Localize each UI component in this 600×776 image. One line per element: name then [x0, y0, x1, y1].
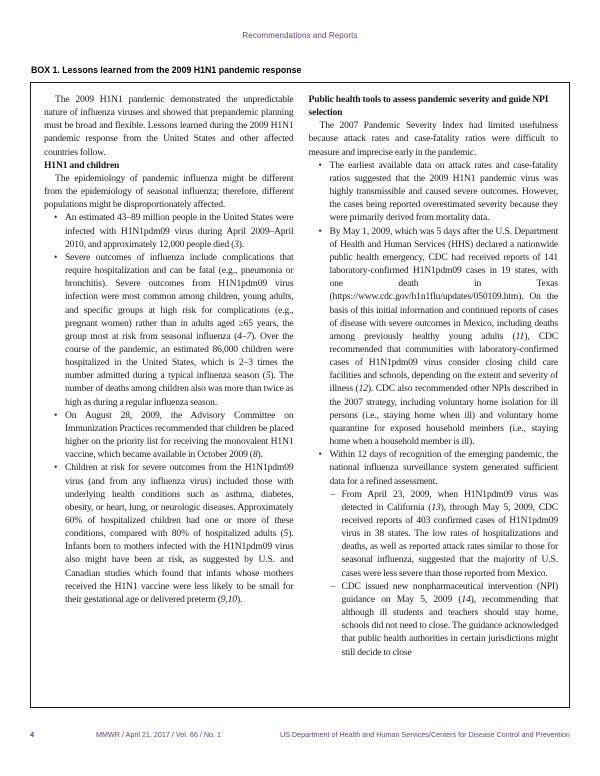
intro-paragraph: The 2009 H1N1 pandemic demonstrated the … [44, 93, 294, 159]
sub-bullet-item: –CDC issued new nonpharmaceutical interv… [309, 580, 559, 659]
bullet-item: •Severe outcomes of influenza include co… [44, 251, 294, 409]
bullet-item: •The earliest available data on attack r… [309, 159, 559, 225]
bullet-item: •By May 1, 2009, which was 5 days after … [309, 225, 559, 449]
left-column: The 2009 H1N1 pandemic demonstrated the … [44, 93, 294, 699]
bullet-marker: • [319, 159, 322, 172]
bullet-marker: • [54, 461, 57, 474]
bullet-text: Within 12 days of recognition of the eme… [330, 449, 559, 486]
right-column-heading: Public health tools to assess pandemic s… [309, 93, 559, 119]
journal-citation: MMWR / April 21, 2017 / Vol. 66 / No. 1 [96, 730, 221, 739]
left-column-paragraph: The epidemiology of pandemic influenza m… [44, 172, 294, 211]
bullet-text: From April 23, 2009, when H1N1pdm09 viru… [342, 489, 559, 579]
left-column-heading: H1N1 and children [44, 159, 294, 172]
bullet-item: •On August 28, 2009, the Advisory Commit… [44, 409, 294, 462]
bullet-item: •Within 12 days of recognition of the em… [309, 448, 559, 487]
left-column-bullet-list: •An estimated 43–89 million people in th… [44, 211, 294, 606]
bullet-text: By May 1, 2009, which was 5 days after t… [330, 226, 559, 448]
bullet-text: An estimated 43–89 million people in the… [65, 212, 294, 249]
bullet-marker: • [54, 211, 57, 224]
bullet-item: •Children at risk for severe outcomes fr… [44, 461, 294, 606]
box1-lessons-learned: The 2009 H1N1 pandemic demonstrated the … [30, 82, 570, 708]
sub-bullet-item: –From April 23, 2009, when H1N1pdm09 vir… [309, 488, 559, 580]
bullet-marker: • [54, 251, 57, 264]
dash-marker: – [331, 488, 336, 501]
bullet-marker: • [319, 448, 322, 461]
bullet-text: Children at risk for severe outcomes fro… [65, 462, 294, 605]
bullet-item: •An estimated 43–89 million people in th… [44, 211, 294, 250]
publisher-line: US Department of Health and Human Servic… [280, 730, 570, 739]
bullet-text: Severe outcomes of influenza include com… [65, 252, 294, 408]
bullet-text: The earliest available data on attack ra… [330, 160, 559, 224]
page-footer: 4 MMWR / April 21, 2017 / Vol. 66 / No. … [30, 730, 570, 739]
right-column-paragraph: The 2007 Pandemic Severity Index had lim… [309, 119, 559, 158]
running-head: Recommendations and Reports [0, 31, 600, 40]
page-number: 4 [30, 730, 34, 739]
bullet-marker: • [54, 409, 57, 422]
dash-marker: – [331, 580, 336, 593]
bullet-text: On August 28, 2009, the Advisory Committ… [65, 410, 294, 460]
right-column: Public health tools to assess pandemic s… [309, 93, 559, 699]
bullet-marker: • [319, 225, 322, 238]
bullet-text: CDC issued new nonpharmaceutical interve… [342, 581, 559, 658]
box-title: BOX 1. Lessons learned from the 2009 H1N… [31, 65, 570, 75]
right-column-bullet-list: •The earliest available data on attack r… [309, 159, 559, 659]
